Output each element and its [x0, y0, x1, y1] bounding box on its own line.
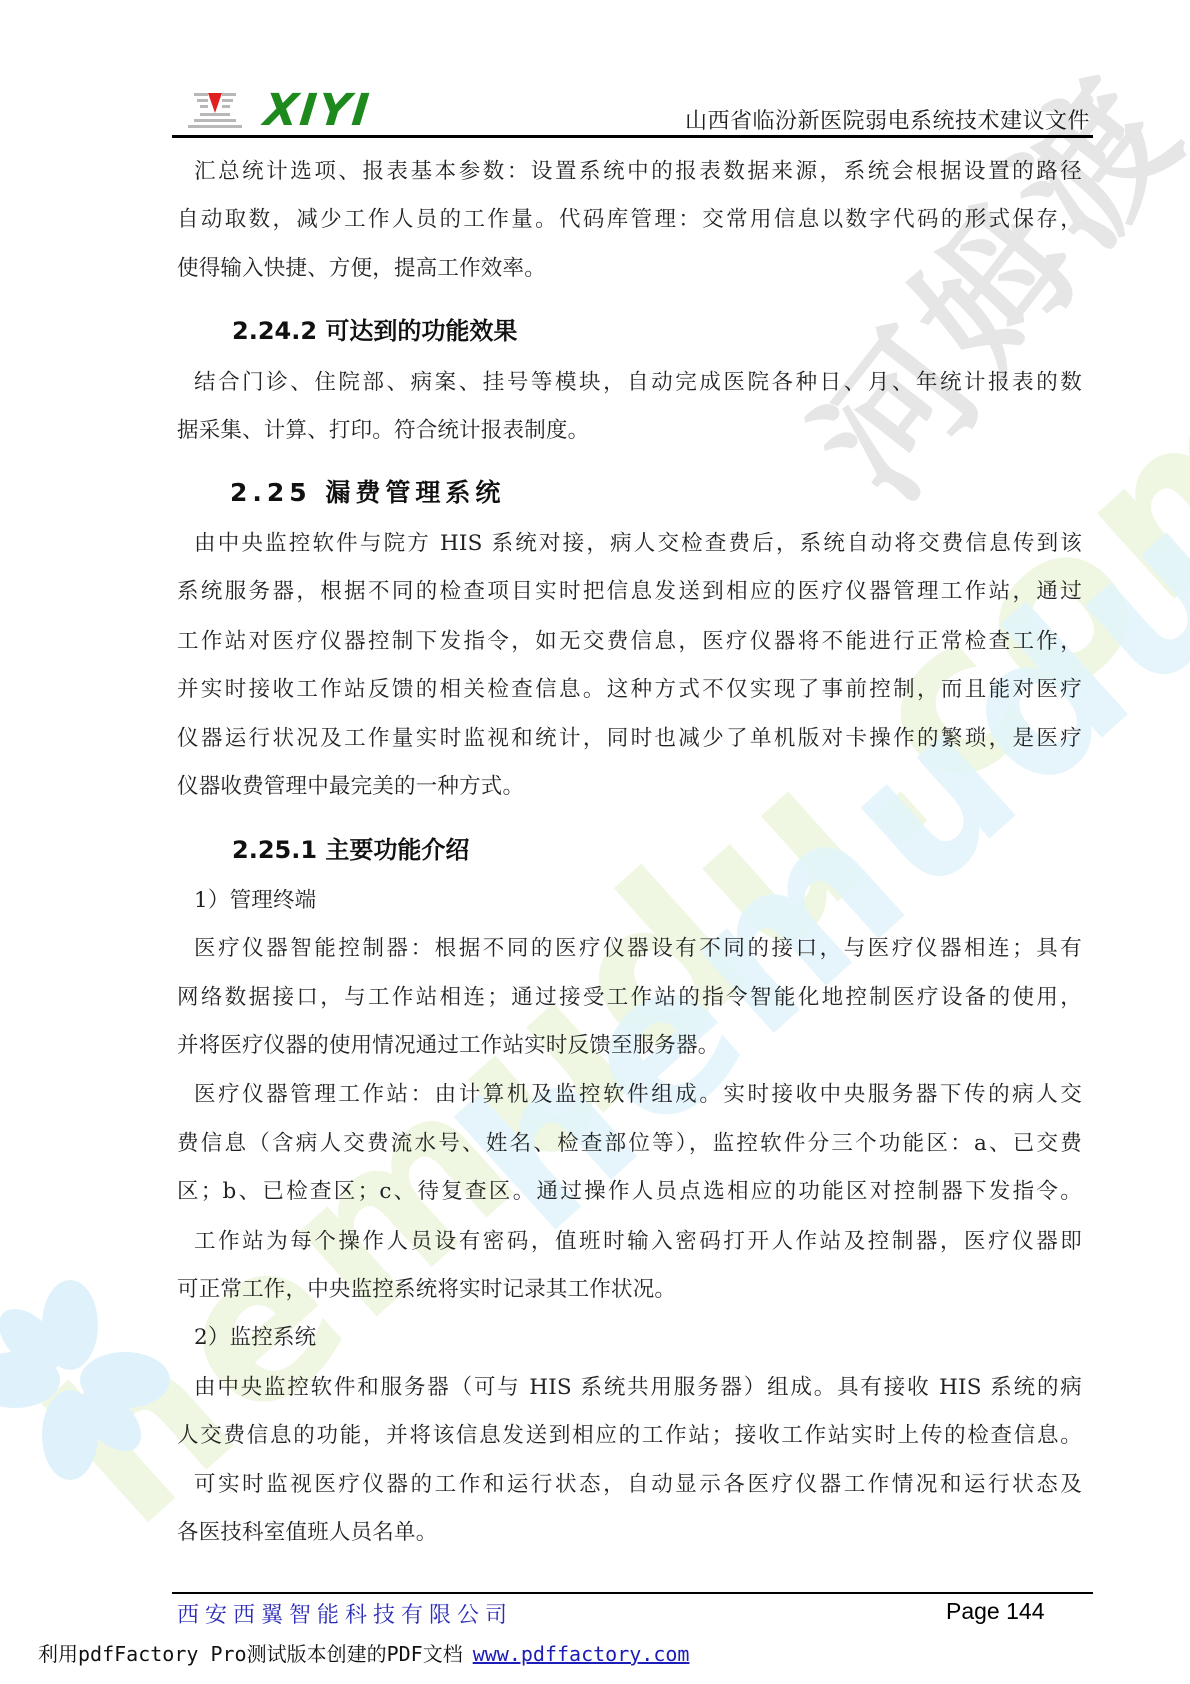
pdffactory-link[interactable]: www.pdffactory.com	[473, 1642, 690, 1666]
text-line: 并将医疗仪器的使用情况通过工作站实时反馈至服务器。	[177, 1030, 1082, 1062]
section-heading-2-24-2: 2.24.2 可达到的功能效果	[232, 311, 517, 346]
logo-text: XIYI	[262, 91, 373, 131]
text-line: 汇总统计选项、报表基本参数：设置系统中的报表数据来源，系统会根据设置的路径	[194, 156, 1082, 188]
text-line: 可正常工作，中央监控系统将实时记录其工作状况。	[177, 1274, 1082, 1306]
text-line: 工作站对医疗仪器控制下发指令，如无交费信息，医疗仪器将不能进行正常检查工作，	[177, 626, 1082, 658]
list-item-label: 1）管理终端	[194, 885, 1099, 917]
text-line: 由中央监控软件与院方 HIS 系统对接，病人交检查费后，系统自动将交费信息传到该	[194, 528, 1082, 560]
text-line: 使得输入快捷、方便，提高工作效率。	[177, 253, 1082, 285]
text-line: 各医技科室值班人员名单。	[177, 1517, 1082, 1549]
section-heading-2-25-1: 2.25.1 主要功能介绍	[232, 830, 469, 865]
text-line: 结合门诊、住院部、病案、挂号等模块，自动完成医院各种日、月、年统计报表的数	[194, 367, 1082, 399]
page-number: Page 144	[946, 1598, 1044, 1625]
document-title: 山西省临汾新医院弱电系统技术建议文件	[685, 104, 1090, 135]
xiyi-logo-icon	[184, 91, 246, 131]
text-line: 医疗仪器智能控制器：根据不同的医疗仪器设有不同的接口，与医疗仪器相连；具有	[194, 933, 1082, 965]
text-line: 自动取数，减少工作人员的工作量。代码库管理：交常用信息以数字代码的形式保存，	[177, 204, 1082, 236]
pdf-note-text: 利用pdfFactory Pro测试版本创建的PDF文档	[38, 1642, 463, 1666]
text-line: 并实时接收工作站反馈的相关检查信息。这种方式不仅实现了事前控制，而且能对医疗	[177, 674, 1082, 706]
text-line: 仪器运行状况及工作量实时监视和统计，同时也减少了单机版对卡操作的繁琐，是医疗	[177, 723, 1082, 755]
text-line: 由中央监控软件和服务器（可与 HIS 系统共用服务器）组成。具有接收 HIS 系…	[194, 1372, 1082, 1404]
text-line: 据采集、计算、打印。符合统计报表制度。	[177, 415, 1082, 447]
text-line: 区；b、已检查区；c、待复查区。通过操作人员点选相应的功能区对控制器下发指令。	[177, 1176, 1082, 1208]
text-line: 网络数据接口，与工作站相连；通过接受工作站的指令智能化地控制医疗设备的使用，	[177, 982, 1082, 1014]
footer-divider	[172, 1592, 1093, 1594]
text-line: 系统服务器，根据不同的检查项目实时把信息发送到相应的医疗仪器管理工作站，通过	[177, 576, 1082, 608]
footer-company-name: 西安西翼智能科技有限公司	[177, 1598, 513, 1629]
text-line: 工作站为每个操作人员设有密码，值班时输入密码打开人作站及控制器，医疗仪器即	[194, 1226, 1082, 1258]
company-logo: XIYI	[184, 90, 371, 132]
text-line: 仪器收费管理中最完美的一种方式。	[177, 771, 1082, 803]
header-divider	[172, 135, 1093, 138]
pdf-creator-note: 利用pdfFactory Pro测试版本创建的PDF文档www.pdffacto…	[38, 1638, 689, 1667]
text-line: 人交费信息的功能，并将该信息发送到相应的工作站；接收工作站实时上传的检查信息。	[177, 1420, 1082, 1452]
document-page: XIYI 山西省临汾新医院弱电系统技术建议文件 汇总统计选项、报表基本参数：设置…	[0, 0, 1190, 1684]
section-heading-2-25: 2.25 漏费管理系统	[230, 473, 505, 509]
text-line: 费信息（含病人交费流水号、姓名、检查部位等），监控软件分三个功能区：a、已交费	[177, 1128, 1082, 1160]
text-line: 医疗仪器管理工作站：由计算机及监控软件组成。实时接收中央服务器下传的病人交	[194, 1079, 1082, 1111]
text-line: 可实时监视医疗仪器的工作和运行状态，自动显示各医疗仪器工作情况和运行状态及	[194, 1469, 1082, 1501]
list-item-label: 2）监控系统	[194, 1322, 1099, 1354]
